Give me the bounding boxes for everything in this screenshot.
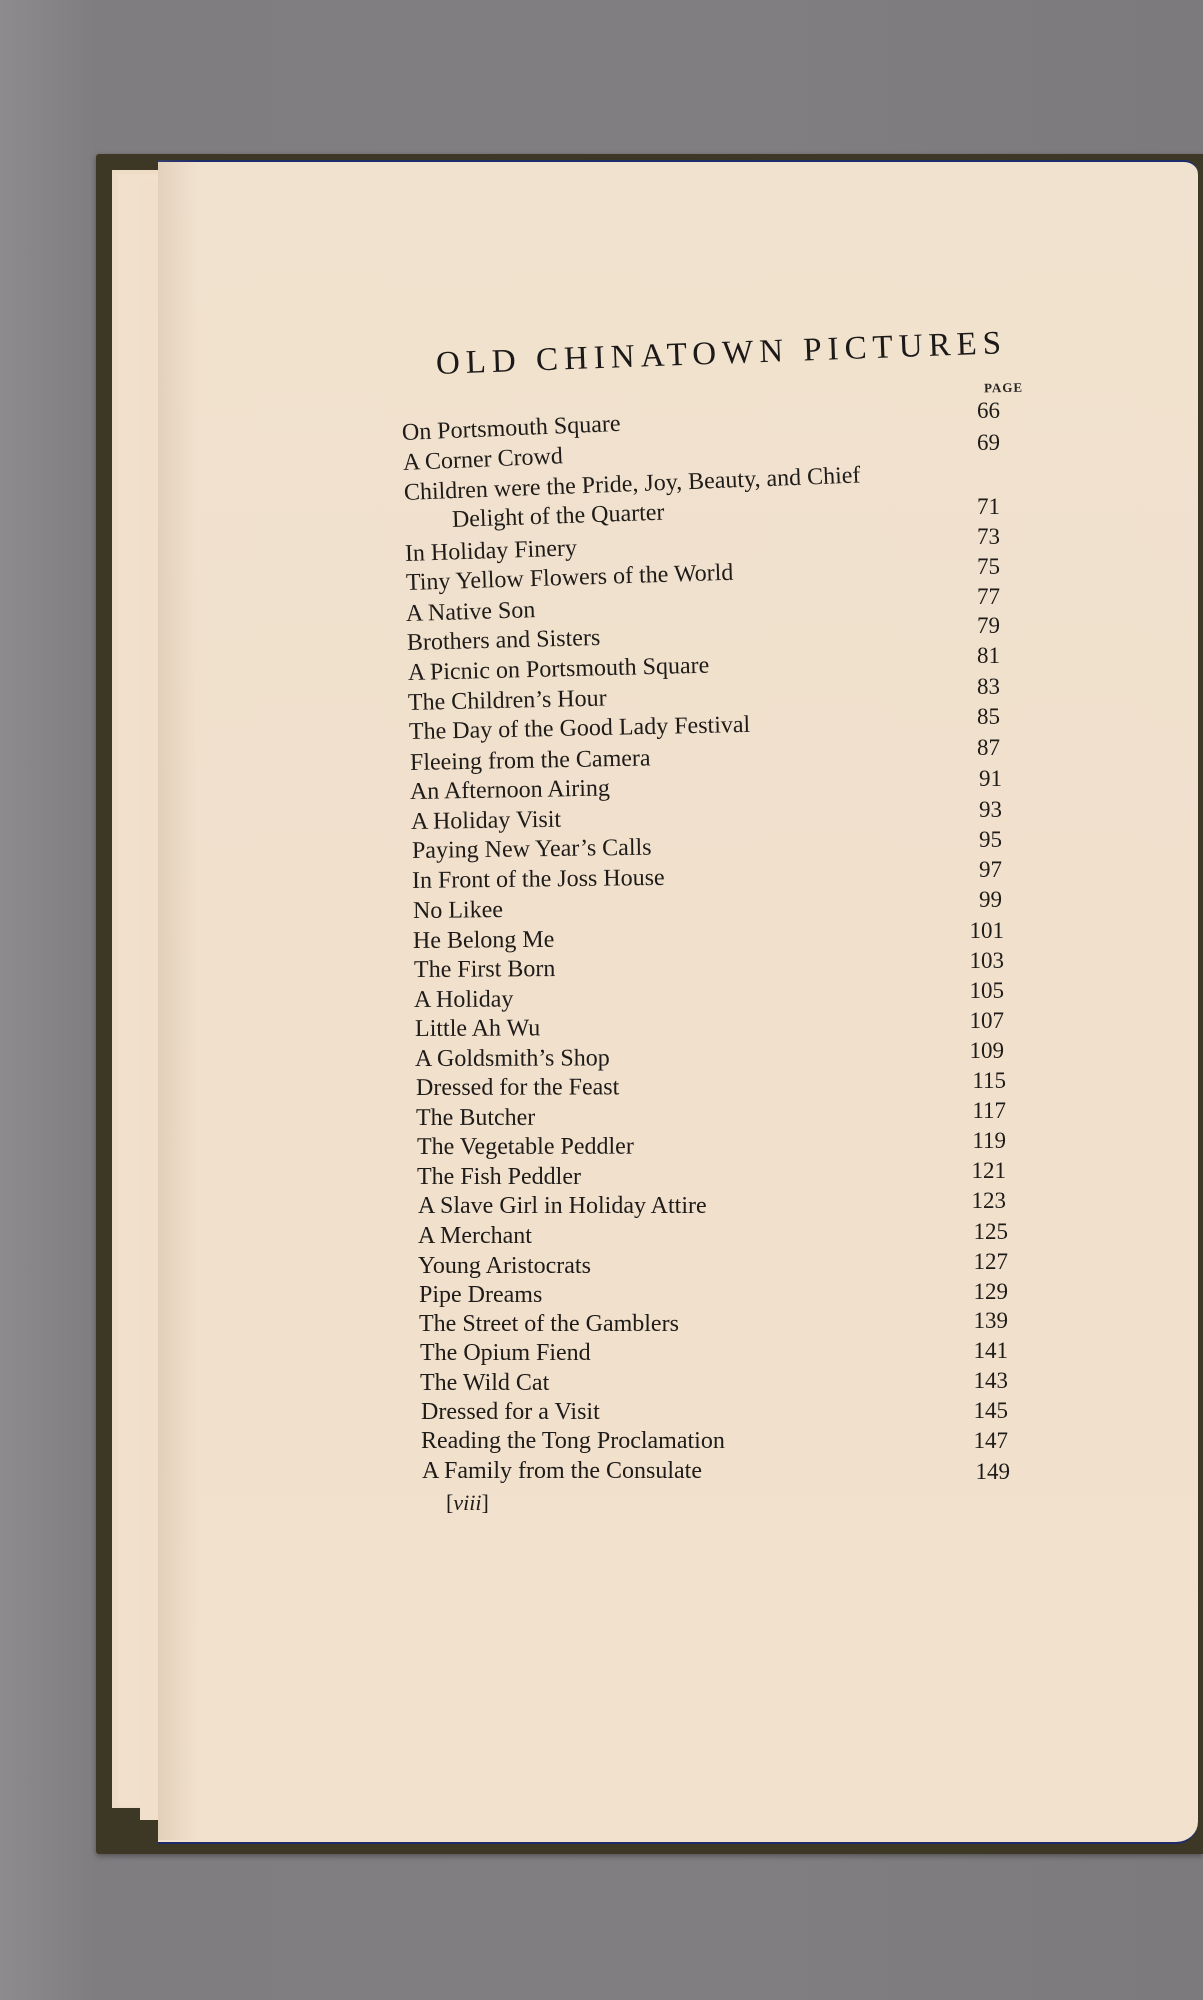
entry-page-number: 97: [942, 857, 1002, 883]
entry-page-number: 73: [940, 524, 1000, 550]
entry-title: The Butcher: [416, 1105, 535, 1132]
list-item: A Native Son: [406, 601, 407, 629]
entry-page-number: 83: [940, 674, 1000, 700]
list-of-illustrations: OLD CHINATOWN PICTURES PAGE On Portsmout…: [0, 0, 1203, 2000]
entry-page-number: 85: [940, 704, 1000, 730]
entry-title: A Holiday: [414, 986, 513, 1014]
entry-page-number: 75: [940, 554, 1000, 580]
entry-page-number: 107: [944, 1008, 1004, 1034]
list-item: Children were the Pride, Joy, Beauty, an…: [403, 480, 404, 508]
entry-page-number: 79: [940, 613, 1000, 639]
entry-page-number: 71: [940, 494, 1000, 520]
entry-title: Pipe Dreams: [419, 1282, 542, 1309]
entry-title: Delight of the Quarter: [452, 500, 665, 534]
entry-page-number: 123: [946, 1188, 1006, 1214]
entry-title: Reading the Tong Proclamation: [421, 1428, 725, 1455]
entry-page-number: 119: [946, 1128, 1006, 1154]
entry-page-number: 87: [940, 735, 1000, 761]
list-item: Brothers and Sisters: [407, 630, 408, 658]
folio-number: viii: [453, 1490, 481, 1515]
entry-page-number: 149: [950, 1459, 1010, 1485]
page-title: OLD CHINATOWN PICTURES: [435, 325, 1007, 383]
entry-title: Dressed for a Visit: [421, 1399, 600, 1426]
entry-page-number: 127: [948, 1249, 1008, 1275]
entry-title: A Native Son: [406, 597, 536, 628]
entry-title: The Wild Cat: [420, 1370, 549, 1397]
entry-title: The First Born: [414, 956, 556, 984]
list-item: Delight of the Quarter: [452, 507, 453, 535]
entry-page-number: 77: [940, 584, 1000, 610]
entry-page-number: 91: [942, 766, 1002, 792]
entry-title: Dressed for the Feast: [416, 1074, 619, 1102]
entry-title: The Fish Peddler: [417, 1164, 581, 1191]
entry-page-number: 115: [946, 1068, 1006, 1094]
entry-title: In Front of the Joss House: [412, 865, 665, 895]
entry-title: A Holiday Visit: [411, 807, 562, 836]
entry-title: A Picnic on Portsmouth Square: [408, 653, 710, 687]
entry-page-number: 66: [940, 398, 1000, 424]
list-item: On Portsmouth Square: [401, 420, 402, 448]
entry-page-number: 105: [944, 978, 1004, 1004]
entry-page-number: 95: [942, 827, 1002, 853]
entry-title: Fleeing from the Camera: [410, 745, 651, 777]
entry-title: On Portsmouth Square: [401, 411, 621, 447]
entry-title: No Likee: [413, 897, 503, 925]
entry-page-number: 81: [940, 643, 1000, 669]
entry-title: The Street of the Gamblers: [419, 1311, 679, 1338]
entry-page-number: 103: [944, 948, 1004, 974]
entry-page-number: 121: [946, 1158, 1006, 1184]
entry-title: A Slave Girl in Holiday Attire: [418, 1193, 707, 1220]
entry-title: A Corner Crowd: [402, 443, 563, 477]
folio: [viii]: [446, 1490, 489, 1516]
entry-page-number: 139: [948, 1308, 1008, 1334]
entry-page-number: 145: [948, 1398, 1008, 1424]
entry-title: Young Aristocrats: [418, 1253, 591, 1280]
page-column-label: PAGE: [984, 380, 1023, 397]
entry-page-number: 117: [946, 1098, 1006, 1124]
entry-page-number: 101: [944, 918, 1004, 944]
list-item: In Holiday Finery: [405, 541, 406, 569]
entry-page-number: 129: [948, 1279, 1008, 1305]
entry-page-number: 93: [942, 797, 1002, 823]
entry-page-number: 99: [942, 887, 1002, 913]
entry-title: A Family from the Consulate: [422, 1458, 702, 1485]
entry-title: Brothers and Sisters: [407, 625, 601, 657]
entry-title: Paying New Year’s Calls: [412, 835, 652, 865]
entry-page-number: 69: [940, 430, 1000, 456]
entry-title: The Children’s Hour: [408, 685, 607, 716]
entry-title: The Vegetable Peddler: [417, 1134, 634, 1161]
list-item: A Picnic on Portsmouth Square: [408, 660, 409, 688]
list-item: The Day of the Good Lady Festival: [409, 719, 410, 747]
entry-title: He Belong Me: [413, 927, 555, 955]
entry-title: The Day of the Good Lady Festival: [409, 712, 751, 746]
entry-title: The Opium Fiend: [420, 1340, 591, 1367]
entry-title: An Afternoon Airing: [410, 776, 610, 806]
entry-page-number: 109: [944, 1038, 1004, 1064]
entry-title: A Goldsmith’s Shop: [415, 1045, 610, 1073]
entry-page-number: 147: [948, 1428, 1008, 1454]
list-item: Fleeing from the Camera: [410, 750, 411, 778]
list-item: Tiny Yellow Flowers of the World: [406, 570, 407, 598]
entry-page-number: 143: [948, 1368, 1008, 1394]
entry-title: In Holiday Finery: [405, 535, 578, 568]
list-item: A Corner Crowd: [402, 450, 403, 478]
entry-page-number: 141: [948, 1338, 1008, 1364]
list-item: The Children’s Hour: [408, 690, 409, 718]
entry-page-number: 125: [948, 1219, 1008, 1245]
entry-title: Little Ah Wu: [415, 1015, 540, 1043]
entry-title: A Merchant: [418, 1223, 532, 1250]
